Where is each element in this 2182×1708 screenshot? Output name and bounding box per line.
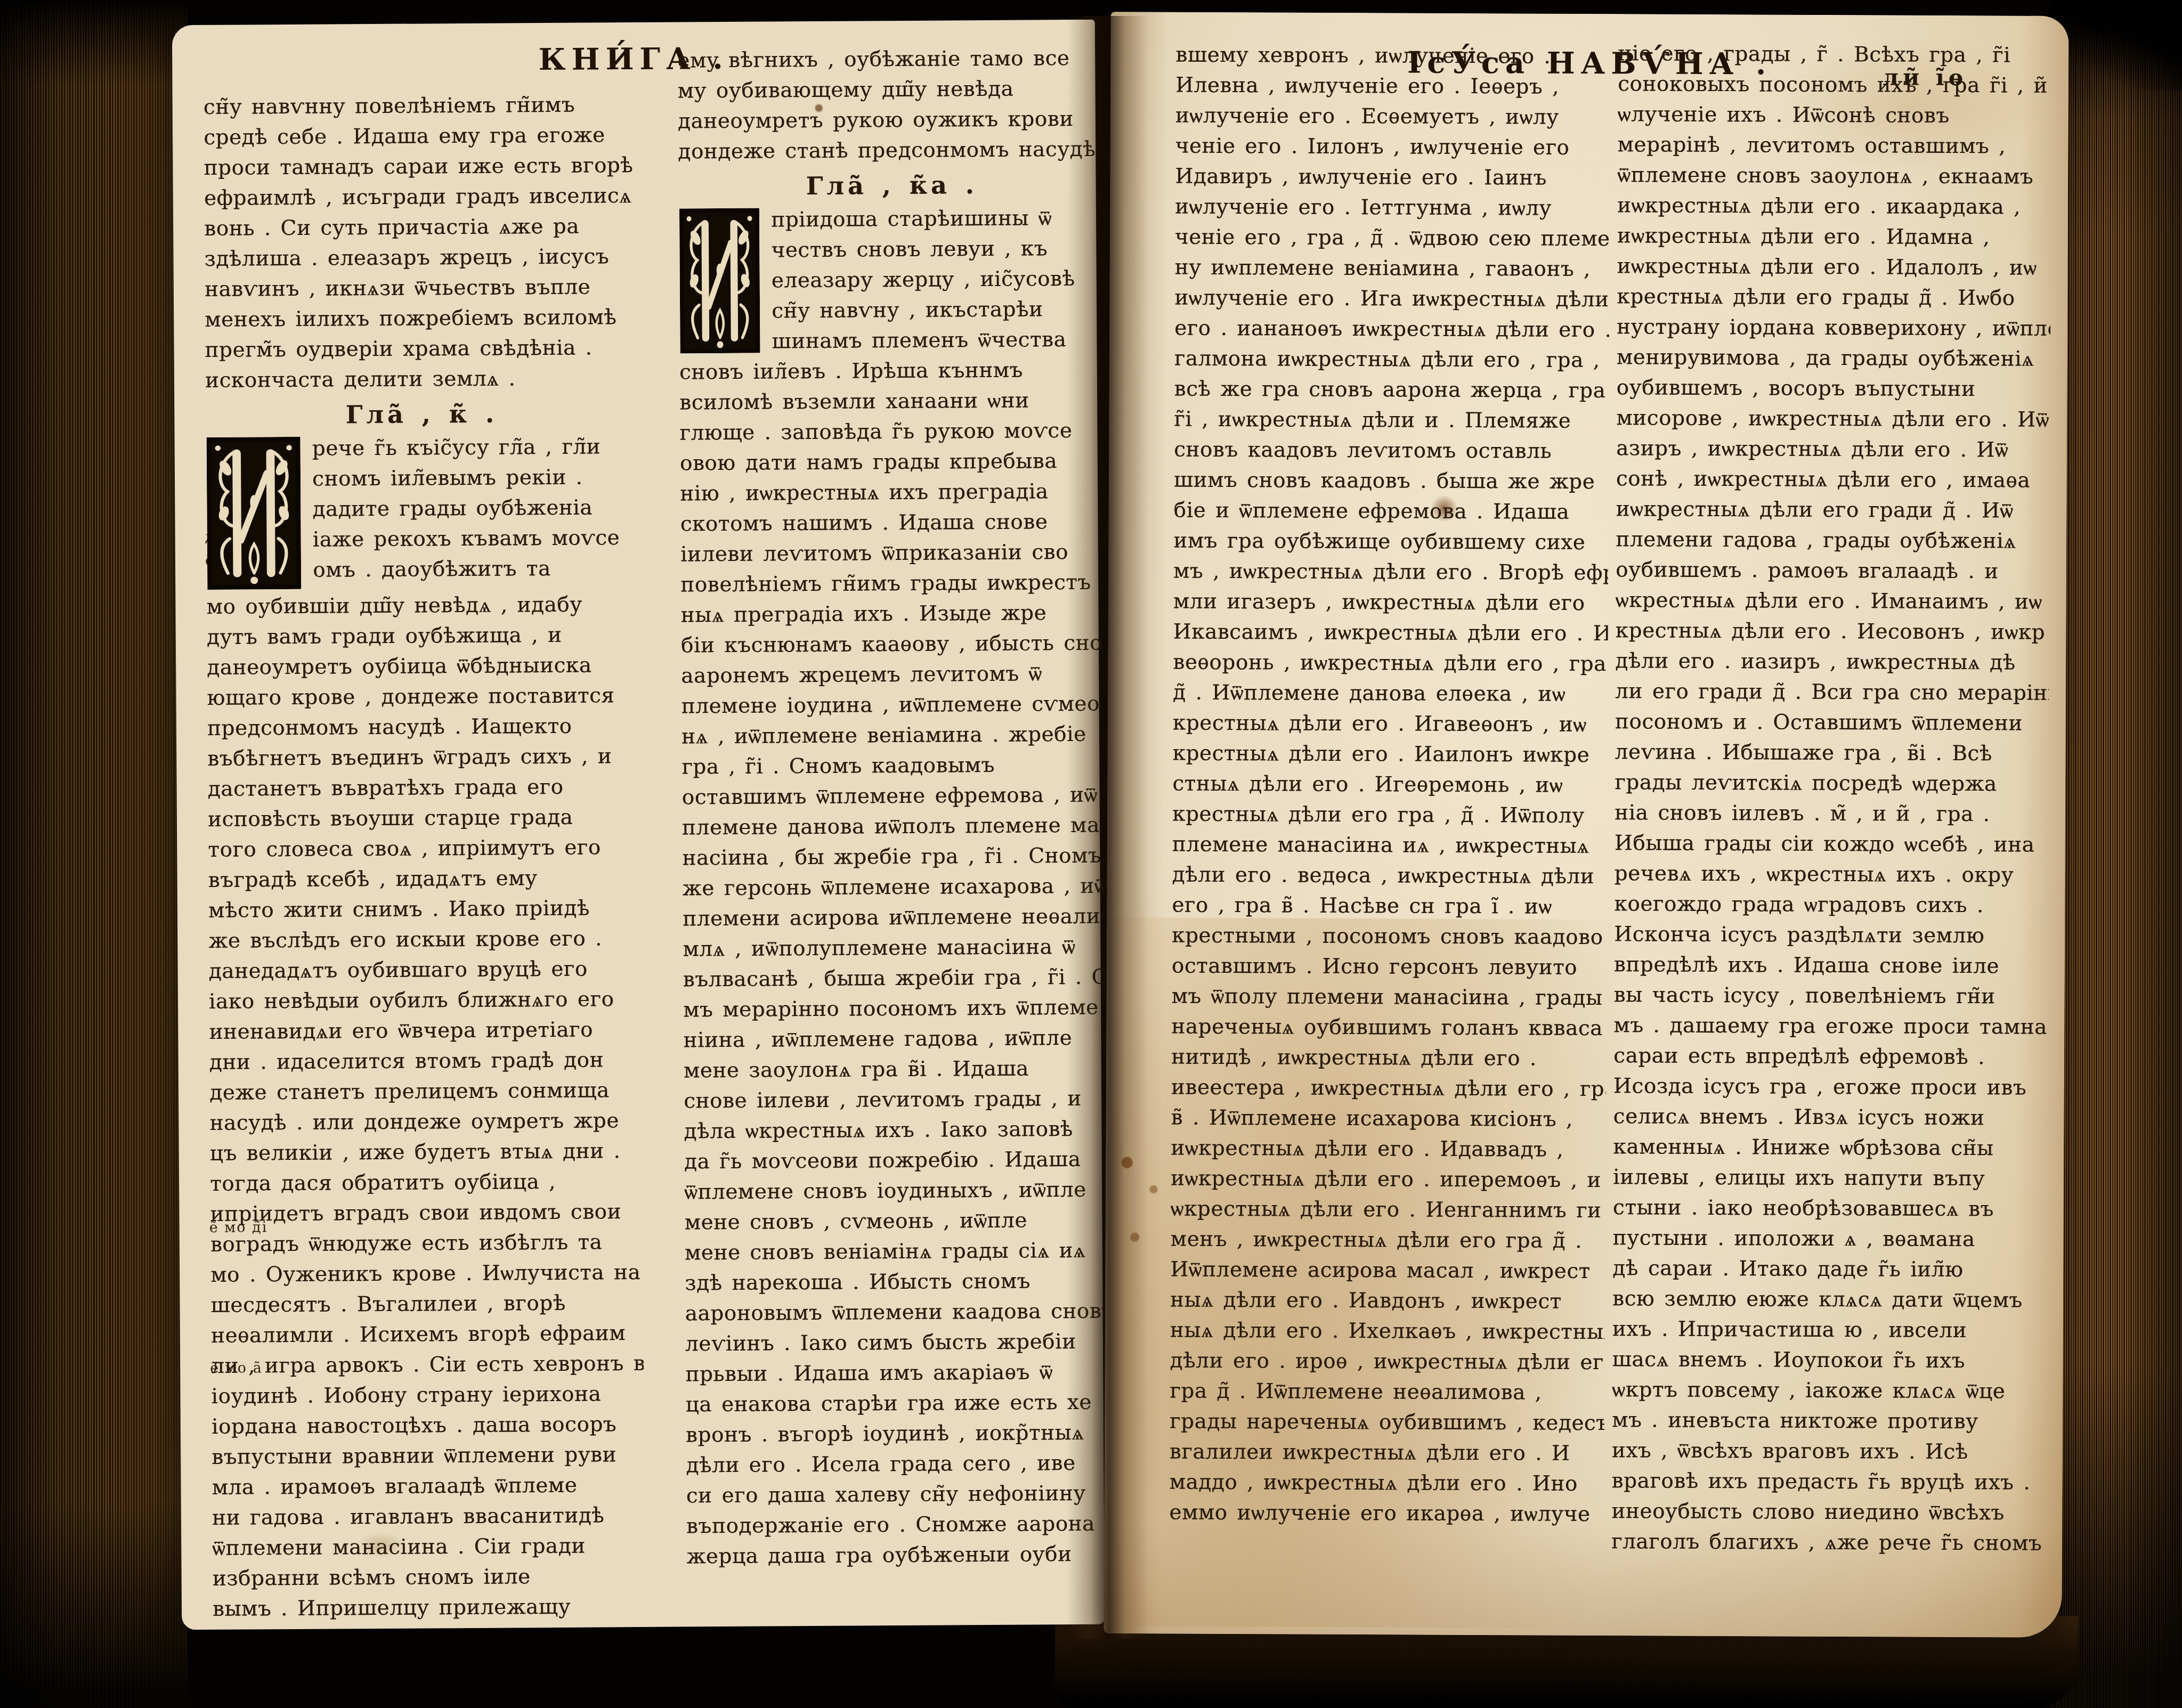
- text-line: менъ , иѡкрестныѧ дѣли его гра д̃ .: [1170, 1224, 1605, 1257]
- text-line: іако невѣдыи оубилъ ближнѧго его: [209, 984, 642, 1017]
- text-line: имъ гра оубѣжище оубившему сихе: [1173, 526, 1608, 558]
- text-line: вълвасанѣ , быша жребіи гра , г̃і . Сно: [683, 962, 1110, 995]
- text-line: сновъ каадовъ леѵитомъ оставль: [1174, 435, 1609, 467]
- text-line: ніа сновъ іилевъ . м̃ , и и̃ , гра .: [1615, 798, 2048, 830]
- chapter-heading: Гла̃ , к̃ .: [205, 393, 638, 434]
- text-line: дѣли его . ведѳса , иѡкрестныѧ дѣли: [1172, 860, 1607, 892]
- text-line: ченіе его . Іилонъ , иѡлученіе его: [1175, 131, 1610, 164]
- text-line: навѵинъ , икнѧзи ѿчьествъ въпле: [205, 272, 637, 305]
- text-line: гра д̃ . Иѿплемене неѳалимова ,: [1170, 1376, 1604, 1409]
- text-line: мо . Оуженикъ крове . Иѡлучиста на: [210, 1257, 643, 1290]
- text-line: искончаста делити землѧ .: [205, 363, 638, 396]
- text-line: иѡлученіе его . Есѳемуетъ , иѡлу: [1175, 101, 1610, 133]
- text-line: средѣ себе . Идаша ему гра егоже: [204, 120, 636, 153]
- text-line: мене сновъ , сѵмеонь , иѿпле: [684, 1205, 1112, 1238]
- text-line: нитидѣ , иѡкрестныѧ дѣли его .: [1171, 1042, 1606, 1075]
- text-line: глаголъ благихъ , ѧже рече г̃ь сномъ: [1611, 1526, 2045, 1559]
- text-line: оубившемъ , восоръ въпустыни: [1616, 372, 2050, 405]
- text-line: жерца даша гра оубѣженыи оуби: [686, 1539, 1114, 1572]
- initial-block: рече г̃ь къіс̃усу гл̃а , гл̃исномъ іил̃е…: [206, 432, 639, 592]
- text-line: данеоумретъ рукою оужикъ крови: [678, 104, 1105, 137]
- text-line: прегм̃ъ оудверіи храма свѣдѣніа .: [205, 332, 637, 365]
- text-line: леѵіинъ . Іако симъ бысть жребіи: [685, 1327, 1113, 1360]
- text-line: сновъ іил̃евъ . Ирѣша къннмъ: [679, 355, 1107, 388]
- text-column-2: ему вѣгнихъ , оубѣжаніе тамо всему оубив…: [677, 43, 1114, 1624]
- right-page: ІсУ́са НАВѴ́НА . ли̃ і̃ѳ вшему хевронъ ,…: [1104, 12, 2069, 1638]
- text-line: ну иѡплемене веніамина , гаваонъ ,: [1174, 253, 1609, 285]
- text-line: ныѧ дѣли его . Ихелкаѳъ , иѡкрестныѧ: [1170, 1315, 1605, 1348]
- text-line: ѡлученіе ихъ . Иѿсонѣ сновъ: [1618, 99, 2051, 132]
- text-line: мъ . иневъста никтоже противу: [1612, 1405, 2046, 1437]
- text-line: еммо иѡлученіе его икарѳа , иѡлуче: [1169, 1498, 1604, 1530]
- text-line: дѣла ѡкрестныѧ ихъ . Іако заповѣ: [684, 1114, 1111, 1147]
- text-line: сонѣ , иѡкрестныѧ дѣли его , имаѳа: [1616, 463, 2050, 496]
- text-line: ипріидетъ вградъ свои ивдомъ свои: [210, 1197, 643, 1230]
- text-column-4: ніе его , грады , г̃ . Всѣхъ гра , г̃ісо…: [1611, 38, 2051, 1636]
- text-line: племене данова иѿполъ племене ма: [682, 810, 1109, 843]
- text-line: ѿплемене сновъ заоулонѧ , екнаамъ: [1617, 160, 2051, 192]
- text-line: дондеже станѣ предсонмомъ насудѣ .: [678, 134, 1105, 167]
- text-line: ивеестера , иѡкрестныѧ дѣли его , гра: [1171, 1072, 1606, 1105]
- text-line: прьвыи . Идаша имъ акаріаѳъ ѿ: [685, 1357, 1113, 1390]
- text-line: мене заоулонѧ гра в̃і . Идаша: [684, 1053, 1111, 1086]
- text-line: д̃ . Иѿплемене данова елѳека , иѡ: [1173, 678, 1608, 710]
- text-line: шимъ сновъ каадовъ . быша же жре: [1174, 465, 1609, 498]
- text-line: вронъ . въгорѣ іоудинѣ , иокр̃тныѧ: [686, 1418, 1113, 1451]
- text-line: мисорове , иѡкрестныѧ дѣли его . Иѿ: [1616, 403, 2050, 435]
- text-line: Илевна , иѡлученіе его . Іеѳеръ ,: [1175, 70, 1610, 103]
- text-line: иѡкрестныѧ дѣли его . икаардака ,: [1617, 190, 2051, 223]
- text-line: снове іилеви , леѵитомъ грады , и: [684, 1084, 1111, 1117]
- text-line: деже станетъ прелицемъ сонмища: [209, 1075, 642, 1108]
- text-line: овою дати намъ грады кпребыва: [680, 446, 1107, 479]
- text-line: ѡкрестныѧ дѣли его . Иенганнимъ ги: [1171, 1194, 1605, 1226]
- text-line: племени гадова , грады оубѣженіѧ: [1616, 524, 2049, 557]
- text-line: галмона иѡкрестныѧ дѣли его , гра , д̃ .: [1174, 344, 1609, 376]
- text-line: азиръ , иѡкрестныѧ дѣли его . Иѿ: [1616, 433, 2050, 466]
- text-line: рече г̃ь къіс̃усу гл̃а , гл̃и: [312, 432, 638, 464]
- ornate-initial-И-icon: [679, 208, 760, 354]
- text-line: аароновымъ ѿплемени каадова сновъ: [685, 1296, 1112, 1329]
- text-line: мъ , иѡкрестныѧ дѣли его . Вгорѣ ефре: [1173, 556, 1608, 589]
- text-line: крестныѧ дѣли его . Иесовонъ , иѡкр: [1615, 615, 2049, 648]
- text-line: дадите грады оубѣженіа: [312, 492, 638, 525]
- text-line: мъ . дашаему гра егоже проси тамна: [1613, 1010, 2047, 1043]
- text-line: Исозда ісусъ гра , егоже проси ивъ: [1613, 1071, 2047, 1103]
- text-line: грады леѵитскіѧ посредѣ ѡдержа: [1615, 767, 2048, 800]
- text-line: скотомъ нашимъ . Идаша снове: [680, 507, 1107, 540]
- page-edge-stack-left: [0, 0, 188, 1708]
- text-line: впредѣлѣ ихъ . Идаша снове іиле: [1614, 949, 2048, 982]
- text-line: чествъ сновъ левуи , къ: [771, 233, 1106, 266]
- text-line: мла . ирамоѳъ вгалаадѣ ѿплеме: [212, 1470, 644, 1503]
- text-line: біи къснюнамъ кааѳову , ибысть сно: [681, 628, 1108, 661]
- text-line: омъ . даоубѣжитъ та: [313, 553, 639, 585]
- text-line: си его даша халеву сн̃у нефоніину: [686, 1478, 1114, 1511]
- text-column-1: сн̃у навѵнну повелѣніемъ гн̃имъсредѣ себ…: [204, 90, 646, 1626]
- text-line: стыни . іако необрѣзовавшесѧ въ: [1613, 1192, 2047, 1225]
- text-line: нустрану іордана ковверихону , иѿпле: [1617, 312, 2050, 344]
- text-line: оубившемъ . рамоѳъ вгалаадѣ . и: [1616, 555, 2049, 587]
- text-line: оставшимъ ѿплемене ефремова , иѿ: [682, 780, 1109, 813]
- text-line: вымъ . Ипришелцу прилежащу: [213, 1591, 645, 1624]
- text-line: племене іоудина , иѿплемене сѵмео: [681, 689, 1108, 722]
- text-line: вшему хевронъ , иѡлученіе его .: [1175, 40, 1610, 72]
- text-line: неѳалимли . Исихемъ вгорѣ ефраим: [211, 1318, 644, 1351]
- text-line: предсонмомъ насудѣ . Иащекто: [207, 711, 640, 744]
- text-line: селисѧ внемъ . Ивзѧ ісусъ ножи: [1613, 1101, 2047, 1134]
- text-line: мѣсто жити снимъ . Иако пріидѣ: [208, 893, 641, 926]
- text-line: сномъ іил̃евымъ рекіи .: [312, 462, 638, 494]
- text-line: сн̃у навѵнну повелѣніемъ гн̃имъ: [204, 90, 636, 123]
- text-line: крестныѧ дѣли его . Игавеѳонъ , иѡ: [1173, 708, 1608, 741]
- text-line: того словеса своѧ , ипріимутъ его: [208, 832, 640, 865]
- text-line: пріидоша старѣишины ѿ: [771, 203, 1106, 235]
- text-line: вгалилеи иѡкрестныѧ дѣли его . И: [1170, 1437, 1604, 1469]
- text-line: леѵина . Ибышаже гра , в̃і . Всѣ: [1615, 737, 2048, 769]
- text-line: менехъ іилихъ пожребіемъ всиломѣ: [205, 302, 637, 335]
- text-line: племене манасіина иѧ , иѡкрестныѧ: [1172, 829, 1607, 862]
- text-line: иѡкрестныѧ дѣли его . Идамна ,: [1617, 221, 2051, 253]
- text-line: в̃ . Иѿплемене исахарова кисіонъ ,: [1171, 1103, 1605, 1135]
- text-line: его , гра в̃ . Насѣве сн гра і̃ . иѡ: [1172, 890, 1607, 923]
- text-column-3: вшему хевронъ , иѡлученіе его .Илевна , …: [1169, 40, 1610, 1632]
- text-line: дѣли его . иазиръ , иѡкрестныѧ дѣ: [1615, 646, 2049, 678]
- text-line: иѡлученіе его . Іеттгунма , иѡлу: [1175, 192, 1610, 224]
- chapter-heading: Гла̃ , к̃а .: [678, 165, 1105, 206]
- text-line: пустыни . иположи ѧ , вѳамана: [1612, 1223, 2046, 1255]
- text-line: ихъ . Ипричастиша ю , ивсели: [1612, 1314, 2046, 1346]
- margin-notes: д̃ мо л̃ее̃ мо д̃іе̃ мо д̃іе̃ мо а̃: [172, 20, 1095, 26]
- text-line: Икавсаимъ , иѡкрестныѧ дѣли его . И: [1173, 617, 1608, 649]
- text-line: насудѣ . или дондеже оумретъ жре: [209, 1105, 642, 1138]
- text-line: данеоумретъ оубіица ѿбѣдныиска: [207, 650, 639, 683]
- text-line: біе и ѿплемене ефремова . Идаша: [1173, 495, 1608, 528]
- text-line: воградъ ѿнюдуже есть избѣглъ та: [210, 1227, 643, 1260]
- text-line: всѣ же гра сновъ аарона жерца , гра: [1174, 374, 1609, 406]
- text-line: ніина , иѿплемене гадова , иѿпле: [683, 1023, 1110, 1056]
- text-line: дѣ сараи . Итако даде г̃ь іил̃ю: [1612, 1253, 2046, 1286]
- text-line: здѣлиша . елеазаръ жрецъ , іисусъ: [204, 241, 637, 274]
- text-line: племени асирова иѿплемене неѳали: [683, 901, 1110, 934]
- text-line: ефраимлѣ , исъгради градъ ивселисѧ: [204, 181, 637, 214]
- text-line: менирувимова , да грады оубѣженіѧ: [1617, 342, 2050, 375]
- text-line: дутъ вамъ гради оубѣжища , и: [207, 620, 639, 653]
- text-line: іилеви леѵитомъ ѿприказаніи сво: [680, 537, 1108, 570]
- text-line: гра , г̃і . Сномъ каадовымъ: [682, 750, 1109, 783]
- text-line: дѣли его . Исела града сего , иве: [686, 1448, 1113, 1481]
- text-line: сн̃у навѵну , икъстарѣи: [772, 294, 1106, 327]
- text-line: г̃і , иѡкрестныѧ дѣли и . Племяже: [1174, 404, 1609, 437]
- text-line: посономъ и . Оставшимъ ѿплемени: [1615, 706, 2049, 739]
- text-line: исповѣсть въоуши старце града: [208, 802, 640, 835]
- text-line: Иѿплемене асирова масал , иѡкрест: [1170, 1255, 1605, 1287]
- text-line: мъ мерарінно посономъ ихъ ѿплеме: [683, 993, 1110, 1026]
- text-line: ѿплемени манасіина . Сіи гради: [212, 1531, 645, 1564]
- text-line: мъ ѿполу племени манасіина , грады: [1171, 981, 1606, 1014]
- text-line: крестныѧ дѣли его гра , д̃ . Иѿполу: [1172, 799, 1607, 832]
- ornate-initial-И-icon: [207, 437, 302, 590]
- text-line: повелѣніемъ гн̃имъ грады иѡкрестъ: [680, 567, 1108, 600]
- text-line: іордана навостоцѣхъ . даша восоръ: [212, 1409, 644, 1442]
- text-line: его . иананоѳъ иѡкрестныѧ дѣли его .: [1174, 313, 1609, 346]
- text-line: иѡкрестныѧ дѣли его . Идалолъ , иѡ: [1617, 251, 2050, 283]
- text-line: нареченыѧ оубившимъ голанъ квваса: [1171, 1012, 1606, 1044]
- text-line: крестными , посономъ сновъ каадово: [1172, 921, 1607, 953]
- book-photo: КНИ́ГА . д̃ мо л̃ее̃ мо д̃іе̃ мо д̃іе̃ м…: [0, 0, 2182, 1708]
- text-line: враговѣ ихъ предасть г̃ь вруцѣ ихъ .: [1612, 1466, 2046, 1498]
- text-line: млѧ , иѿполуплемене манасіина ѿ: [683, 932, 1110, 965]
- text-line: проси тамнадъ сараи иже есть вгорѣ: [204, 150, 636, 183]
- text-line: насіина , бы жребіе гра , г̃і . Сномъ: [682, 841, 1109, 874]
- text-line: да г̃ь моѵсеови пожребію . Идаша: [684, 1144, 1112, 1177]
- text-line: стныѧ дѣли его . Игеѳремонь , иѡ: [1172, 769, 1607, 801]
- text-line: ли , игра арвокъ . Сіи есть хевронъ вгор…: [211, 1348, 644, 1381]
- text-line: ни гадова . игавланъ ввасанитидѣ: [212, 1500, 645, 1533]
- initial-block: пріидоша старѣишины ѿчествъ сновъ левуи …: [678, 203, 1107, 357]
- text-line: іоудинѣ . Иобону страну іерихона: [211, 1379, 644, 1412]
- text-line: ихъ , ѿвсѣхъ враговъ ихъ . Исѣ: [1612, 1435, 2046, 1468]
- text-line: ѡкрестныѧ дѣли его . Иманаимъ , иѡ: [1616, 585, 2049, 617]
- initial-adjacent-lines: пріидоша старѣишины ѿчествъ сновъ левуи …: [771, 203, 1107, 357]
- text-line: ніе его , грады , г̃ . Всѣхъ гра , г̃і: [1618, 38, 2051, 71]
- text-line: глюще . заповѣда г̃ь рукою моѵсе: [679, 416, 1107, 449]
- text-line: данедадѧтъ оубившаго вруцѣ его: [208, 954, 641, 987]
- text-line: му оубивающему дш̃у невѣда: [677, 74, 1105, 107]
- text-line: крестныѧ дѣли его грады д̃ . Иѡбо: [1617, 281, 2050, 314]
- text-line: ѡкртъ повсему , іакоже клѧсѧ ѿце: [1612, 1374, 2046, 1407]
- text-line: здѣ нарекоша . Ибысть сномъ: [685, 1266, 1112, 1299]
- text-line: шинамъ племенъ ѿчества: [772, 324, 1106, 357]
- text-line: крестныѧ дѣли его . Иаилонъ иѡкре: [1172, 738, 1607, 771]
- text-line: каменныѧ . Иниже ѡбрѣзова сн̃ы: [1613, 1132, 2047, 1164]
- text-line: иѡлученіе его . Ига иѡкрестныѧ дѣли: [1174, 283, 1609, 315]
- initial-adjacent-lines: рече г̃ь къіс̃усу гл̃а , гл̃исномъ іил̃е…: [312, 432, 639, 585]
- text-line: дѣли его . ироѳ , иѡкрестныѧ дѣли его: [1170, 1346, 1604, 1378]
- text-line: коегождо града ѡградовъ сихъ .: [1614, 889, 2048, 921]
- text-line: же въслѣдъ его искыи крове его .: [208, 923, 641, 956]
- text-line: въградѣ ксебѣ , идадѧтъ ему: [208, 863, 640, 896]
- text-line: иѡкрестныѧ дѣли его . Идаввадъ ,: [1171, 1133, 1605, 1166]
- text-line: оставшимъ . Исно герсонъ левуито: [1172, 951, 1607, 983]
- text-line: мли игазеръ , иѡкрестныѧ дѣли его: [1173, 587, 1608, 619]
- text-line: же герсонь ѿплемене исахарова , иѿ: [683, 871, 1110, 904]
- text-line: иѡкрестныѧ дѣли его . иперемоѳъ , и: [1171, 1164, 1605, 1196]
- text-line: маддо , иѡкрестныѧ дѣли его . Ино: [1169, 1467, 1604, 1500]
- left-page: КНИ́ГА . д̃ мо л̃ее̃ мо д̃іе̃ мо д̃іе̃ м…: [172, 20, 1105, 1630]
- text-line: іаже рекохъ къвамъ моѵсе: [313, 523, 639, 555]
- text-line: ааронемъ жрецемъ леѵитомъ ѿ: [681, 658, 1108, 692]
- text-line: дастанетъ въвратѣхъ града его: [207, 771, 640, 804]
- text-line: ли его гради д̃ . Вси гра сно мерарінно: [1615, 676, 2049, 709]
- text-line: иненавидѧи его ѿвчера итретіаго: [209, 1014, 642, 1047]
- text-line: ѿплемене сновъ іоудиныхъ , иѿпле: [684, 1175, 1112, 1208]
- text-line: ца енакова старѣи гра иже есть хе: [685, 1387, 1113, 1420]
- text-line: всю землю еюже клѧсѧ дати ѿцемъ: [1612, 1283, 2046, 1316]
- text-line: соноковыхъ посономъ ихъ , гра г̃і , и̃: [1618, 69, 2051, 101]
- text-line: нію , иѡкрестныѧ ихъ преградіа: [680, 476, 1107, 509]
- text-line: въбѣгнетъ въединъ ѿградъ сихъ , и: [207, 741, 640, 774]
- text-line: иѡкрестныѧ дѣли его гради д̃ . Иѿ: [1616, 494, 2049, 526]
- text-line: ющаго крове , дондеже поставится: [207, 680, 639, 713]
- text-line: іилевы , елицы ихъ напути въпу: [1613, 1162, 2047, 1194]
- text-line: тогда дася обратитъ оубіица ,: [210, 1166, 643, 1199]
- text-line: Ибыша грады сіи кождо ѡсебѣ , ина: [1615, 828, 2048, 860]
- text-line: всиломѣ въземли ханаани ѡни: [679, 385, 1107, 418]
- text-line: шасѧ внемъ . Иоупокои г̃ь ихъ: [1612, 1344, 2046, 1377]
- text-line: Идавиръ , иѡлученіе его . Іаинъ: [1175, 161, 1610, 194]
- text-line: ныѧ преградіа ихъ . Изыде жре: [680, 598, 1108, 631]
- text-line: речевѧ ихъ , ѡкрестныѧ ихъ . окру: [1614, 858, 2048, 891]
- text-line: въподержаніе его . Сномже аарона: [686, 1509, 1114, 1542]
- text-line: мо оубившіи дш̃у невѣдѧ , идабу: [206, 589, 639, 622]
- text-line: ченіе его , гра , д̃ . ѿдвою сею племе: [1175, 222, 1610, 255]
- text-line: вы часть ісусу , повелѣніемъ гн̃и: [1613, 980, 2047, 1012]
- text-line: инеоубысть слово ниедино ѿвсѣхъ: [1611, 1496, 2045, 1528]
- text-line: веѳоронь , иѡкрестныѧ дѣли его , гра: [1173, 647, 1608, 680]
- text-line: сараи есть впредѣлѣ ефремовѣ .: [1613, 1040, 2047, 1073]
- text-line: ему вѣгнихъ , оубѣжаніе тамо все: [677, 43, 1105, 76]
- text-line: въпустыни вравнии ѿплемени руви: [212, 1439, 644, 1473]
- page-edge-stack-right: [2050, 0, 2182, 1708]
- text-line: шесдесятъ . Въгалилеи , вгорѣ: [210, 1288, 643, 1321]
- text-line: грады нареченыѧ оубившимъ , кедесъ: [1170, 1406, 1604, 1439]
- text-line: нѧ , иѿплемене веніамина . жребіе: [682, 719, 1109, 752]
- text-line: избранни всѣмъ сномъ іиле: [212, 1561, 645, 1594]
- text-line: дни . идаселится втомъ градѣ дон: [209, 1045, 642, 1078]
- text-line: ныѧ дѣли его . Иавдонъ , иѡкрест: [1170, 1285, 1605, 1317]
- text-line: Исконча ісусъ раздѣлѧти землю: [1614, 919, 2048, 951]
- text-line: елеазару жерцу , иіс̃усовѣ: [772, 264, 1106, 296]
- text-line: вонь . Си суть причастіа ѧже ра: [204, 211, 637, 244]
- text-line: мене сновъ веніамінѧ грады сіѧ иѧ: [685, 1235, 1112, 1268]
- text-line: мерарінѣ , леѵитомъ оставшимъ ,: [1617, 129, 2051, 162]
- text-line: цъ великіи , иже будетъ втыѧ дни .: [210, 1136, 643, 1169]
